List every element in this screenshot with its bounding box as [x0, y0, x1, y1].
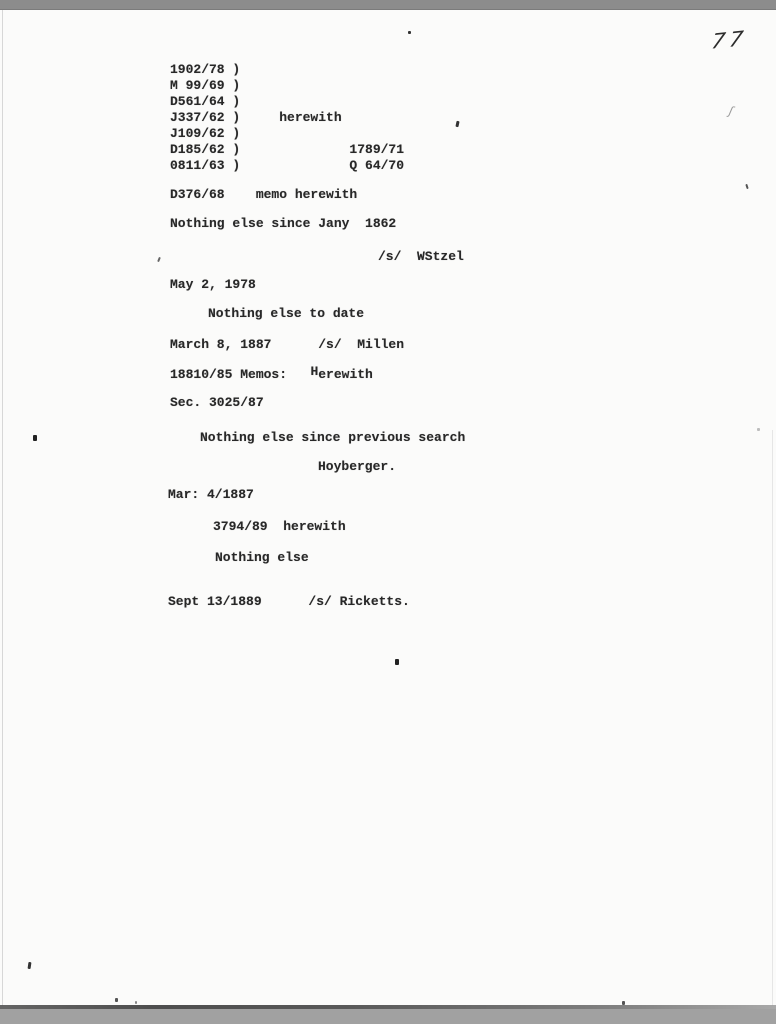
signature-millen: March 8, 1887 /s/ Millen	[170, 337, 404, 352]
typed-line-nothing-since-jany: Nothing else since Jany 1862	[170, 216, 396, 231]
memos-raised-h: H	[310, 364, 318, 379]
ink-speck	[745, 184, 748, 189]
ink-speck	[28, 962, 32, 969]
typed-line-nothing-to-date: Nothing else to date	[208, 306, 364, 321]
ink-speck	[135, 1001, 137, 1004]
typed-line-file-m99-69: M 99/69 )	[170, 78, 240, 93]
memos-rest: erewith	[318, 367, 373, 382]
page-right-edge	[772, 430, 773, 1006]
typed-line-file-d185-62: D185/62 ) 1789/71	[170, 142, 404, 157]
memos-prefix: 18810/85 Memos:	[170, 367, 310, 382]
typed-line-file-1902-78: 1902/78 )	[170, 62, 240, 77]
date-line-may-2-1978: May 2, 1978	[170, 277, 256, 292]
ink-speck	[33, 435, 37, 441]
typed-line-file-d561-64: D561/64 )	[170, 94, 240, 109]
typed-line-file-j337-62: J337/62 ) herewith	[170, 110, 342, 125]
handwritten-page-number: 77	[710, 26, 749, 53]
typed-line-3794-89-herewith: 3794/89 herewith	[213, 519, 346, 534]
typed-line-memo-d376-68: D376/68 memo herewith	[170, 187, 357, 202]
ink-speck	[115, 998, 118, 1002]
typed-line-nothing-else: Nothing else	[215, 550, 309, 565]
scanner-band-bottom	[0, 1009, 776, 1024]
signature-hoyberger: Hoyberger.	[318, 459, 396, 474]
ink-speck	[455, 121, 459, 127]
ink-speck	[157, 257, 161, 262]
page-left-edge	[2, 10, 3, 1006]
signature-wstzel: /s/ WStzel	[378, 249, 464, 264]
typed-line-file-j109-62: J109/62 )	[170, 126, 240, 141]
ink-speck	[757, 428, 760, 431]
ink-speck	[395, 659, 399, 665]
date-line-mar-4-1887: Mar: 4/1887	[168, 487, 254, 502]
scanner-band-top	[0, 0, 776, 10]
scanned-document-page: 77 ʃ 1902/78 ) M 99/69 ) D561/64 ) J337/…	[0, 0, 776, 1024]
typed-line-nothing-since-search: Nothing else since previous search	[200, 430, 465, 445]
typed-line-file-0811-63: 0811/63 ) Q 64/70	[170, 158, 404, 173]
ink-speck	[408, 31, 411, 34]
handwritten-squiggle: ʃ	[728, 104, 735, 119]
signature-ricketts: Sept 13/1889 /s/ Ricketts.	[168, 594, 410, 609]
typed-line-sec-3025-87: Sec. 3025/87	[170, 395, 264, 410]
typed-line-memos-herewith: 18810/85 Memos: Herewith	[170, 367, 373, 382]
